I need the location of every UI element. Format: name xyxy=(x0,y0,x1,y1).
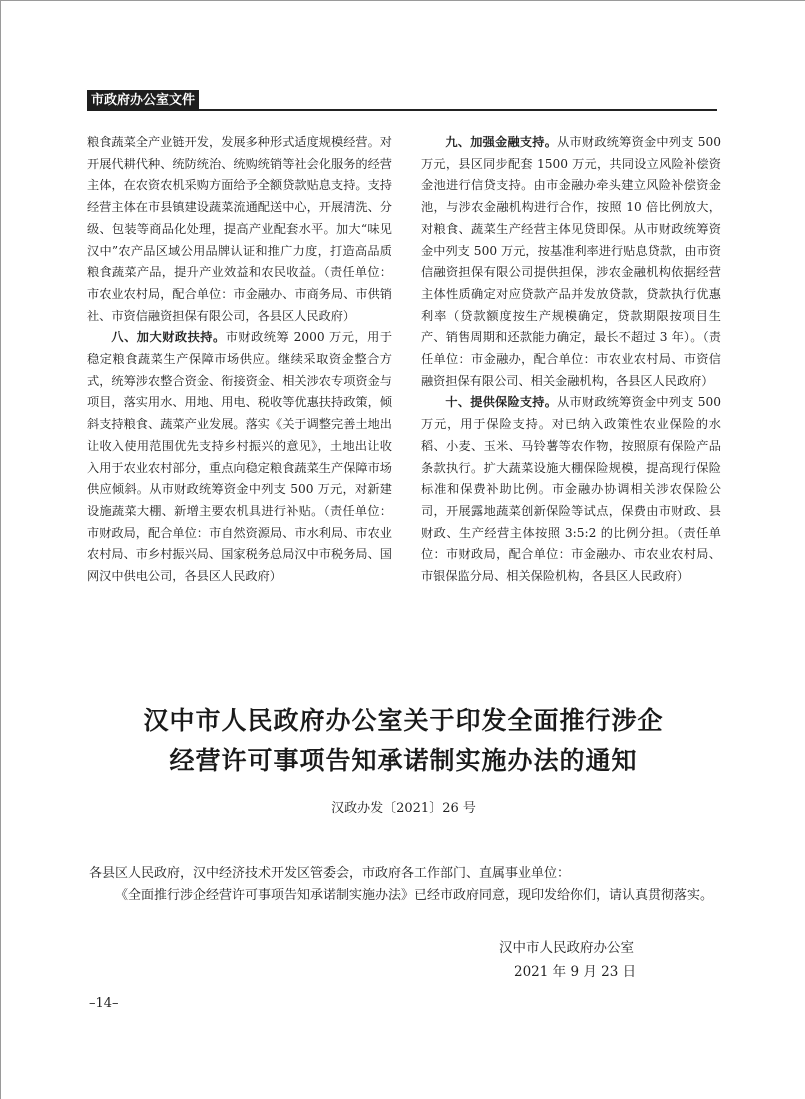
notice-body: 各县区人民政府，汉中经济技术开发区管委会，市政府各工作部门、直属事业单位： 《全… xyxy=(89,863,729,907)
notice-text: 《全面推行涉企经营许可事项告知承诺制实施办法》已经市政府同意，现印发给你们，请认… xyxy=(89,885,729,907)
paragraph: 九、加强金融支持。从市财政统筹资金中列支 500 万元，县区同步配套 1500 … xyxy=(421,132,721,392)
right-column: 九、加强金融支持。从市财政统筹资金中列支 500 万元，县区同步配套 1500 … xyxy=(421,132,721,588)
paragraph: 粮食蔬菜全产业链开发，发展多种形式适度规模经营。对开展代耕代种、统防统治、统购统… xyxy=(87,132,392,327)
paragraph-body: 从市财政统筹资金中列支 500 万元，县区同步配套 1500 万元，共同设立风险… xyxy=(421,135,721,388)
paragraph-heading: 九、加强金融支持。 xyxy=(445,135,557,149)
section-header: 市政府办公室文件 xyxy=(87,90,717,112)
signature-org: 汉中市人民政府办公室 xyxy=(481,936,681,960)
notice-title-line-2: 经营许可事项告知承诺制实施办法的通知 xyxy=(61,741,746,781)
notice-title-line-1: 汉中市人民政府办公室关于印发全面推行涉企 xyxy=(61,701,746,741)
signature-block: 汉中市人民政府办公室 2021 年 9 月 23 日 xyxy=(481,936,681,984)
recipients: 各县区人民政府，汉中经济技术开发区管委会，市政府各工作部门、直属事业单位： xyxy=(89,863,729,885)
paragraph-heading: 八、加大财政扶持。 xyxy=(111,330,225,344)
paragraph-body: 市财政统筹 2000 万元，用于稳定粮食蔬菜生产保障市场供应。继续采取资金整合方… xyxy=(87,330,392,583)
notice-title: 汉中市人民政府办公室关于印发全面推行涉企 经营许可事项告知承诺制实施办法的通知 xyxy=(61,701,746,781)
paragraph-heading: 十、提供保险支持。 xyxy=(445,395,557,409)
signature-date: 2021 年 9 月 23 日 xyxy=(481,960,681,984)
paragraph-body: 从市财政统筹资金中列支 500 万元，用于保险支持。对已纳入政策性农业保险的水稻… xyxy=(421,395,721,583)
paragraph: 八、加大财政扶持。市财政统筹 2000 万元，用于稳定粮食蔬菜生产保障市场供应。… xyxy=(87,327,392,587)
section-label: 市政府办公室文件 xyxy=(87,90,199,111)
left-column: 粮食蔬菜全产业链开发，发展多种形式适度规模经营。对开展代耕代种、统防统治、统购统… xyxy=(87,132,392,588)
paragraph: 十、提供保险支持。从市财政统筹资金中列支 500 万元，用于保险支持。对已纳入政… xyxy=(421,392,721,587)
page-number: –14– xyxy=(89,996,119,1011)
document-number: 汉政办发〔2021〕26 号 xyxy=(1,797,805,816)
